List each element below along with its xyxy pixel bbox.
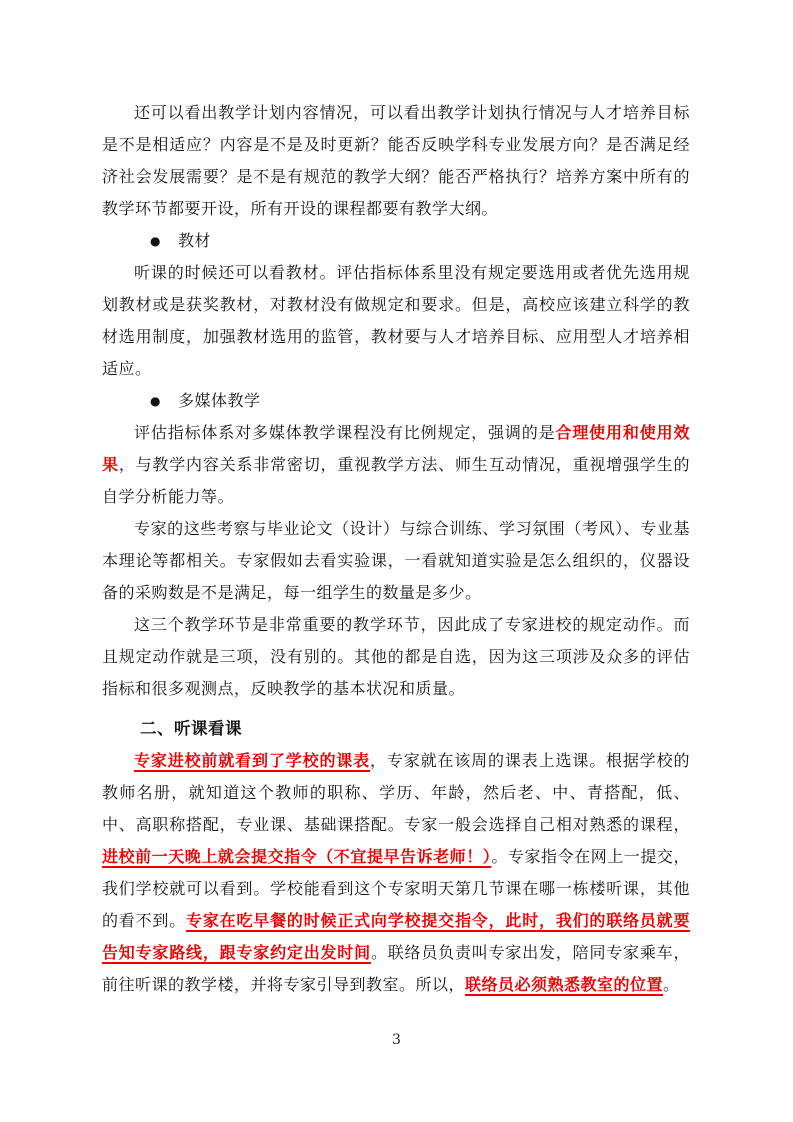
bullet-item-multimedia: ●多媒体教学 bbox=[102, 385, 690, 417]
paragraph-textbook: 听课的时候还可以看教材。评估指标体系里没有规定要选用或者优先选用规划教材或是获奖… bbox=[102, 257, 690, 385]
paragraph-three-items: 这三个教学环节是非常重要的教学环节，因此成了专家进校的规定动作。而且规定动作就是… bbox=[102, 609, 690, 705]
page-number: 3 bbox=[0, 1032, 793, 1048]
paragraph-teaching-plan: 还可以看出教学计划内容情况，可以看出教学计划执行情况与人才培养目标是不是相适应？… bbox=[102, 97, 690, 225]
text-segment: 。 bbox=[663, 975, 680, 994]
bullet-icon: ● bbox=[150, 385, 178, 417]
text-segment: 评估指标体系对多媒体教学课程没有比例规定，强调的是 bbox=[134, 423, 555, 442]
paragraph-expert-inspection: 专家的这些考察与毕业论文（设计）与综合训练、学习氛围（考风）、专业基本理论等都相… bbox=[102, 513, 690, 609]
paragraph-class-observation: 专家进校前就看到了学校的课表，专家就在该周的课表上选课。根据学校的教师名册，就知… bbox=[102, 745, 690, 1001]
highlight-red-underline-text: 联络员必须熟悉教室的位置 bbox=[465, 975, 663, 994]
bullet-label: 教材 bbox=[178, 231, 211, 250]
section-heading: 二、听课看课 bbox=[102, 713, 690, 745]
highlight-red-underline-text: 进校前一天晚上就会提交指令（不宜提早告诉老师！） bbox=[102, 847, 491, 866]
highlight-red-underline-text: 专家进校前就看到了学校的课表 bbox=[134, 751, 370, 770]
bullet-icon: ● bbox=[150, 225, 178, 257]
bullet-label: 多媒体教学 bbox=[178, 391, 261, 410]
paragraph-multimedia: 评估指标体系对多媒体教学课程没有比例规定，强调的是合理使用和使用效果，与教学内容… bbox=[102, 417, 690, 513]
text-segment: ，与教学内容关系非常密切，重视教学方法、师生互动情况，重视增强学生的自学分析能力… bbox=[102, 455, 690, 506]
document-page: 还可以看出教学计划内容情况，可以看出教学计划执行情况与人才培养目标是不是相适应？… bbox=[102, 97, 690, 1001]
bullet-item-textbook: ●教材 bbox=[102, 225, 690, 257]
